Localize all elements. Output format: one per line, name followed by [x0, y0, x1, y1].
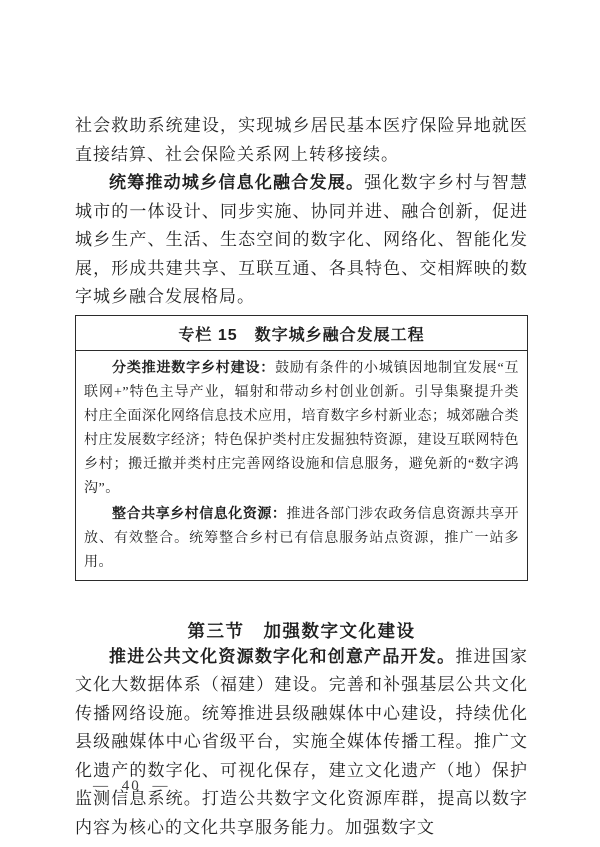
paragraph-lead: 分类推进数字乡村建设： [112, 359, 275, 375]
feature-box-body: 分类推进数字乡村建设：鼓励有条件的小城镇因地制宜发展“互联网+”特色主导产业，辐… [76, 351, 527, 580]
feature-box-column-15: 专栏 15 数字城乡融合发展工程 分类推进数字乡村建设：鼓励有条件的小城镇因地制… [75, 315, 528, 581]
feature-box-title: 专栏 15 数字城乡融合发展工程 [76, 316, 527, 351]
feature-box-paragraph: 整合共享乡村信息化资源：推进各部门涉农政务信息资源共享开放、有效整合。统筹整合乡… [84, 501, 519, 575]
paragraph-text: 社会救助系统建设，实现城乡居民基本医疗保险异地就医直接结算、社会保险关系网上转移… [75, 116, 528, 164]
page-content: 社会救助系统建设，实现城乡居民基本医疗保险异地就医直接结算、社会保险关系网上转移… [75, 112, 528, 842]
paragraph-text: 强化数字乡村与智慧城市的一体设计、同步实施、协同并进、融合创新，促进城乡生产、生… [75, 173, 528, 306]
section-heading: 第三节 加强数字文化建设 [75, 618, 528, 643]
page-number: — 40 — [93, 778, 170, 795]
feature-box-paragraph: 分类推进数字乡村建设：鼓励有条件的小城镇因地制宜发展“互联网+”特色主导产业，辐… [84, 355, 519, 501]
body-paragraph-culture: 推进公共文化资源数字化和创意产品开发。推进国家文化大数据体系（福建）建设。完善和… [75, 643, 528, 843]
paragraph-text: 鼓励有条件的小城镇因地制宜发展“互联网+”特色主导产业，辐射和带动乡村创业创新。… [84, 361, 519, 496]
body-paragraph-urban-rural: 统筹推动城乡信息化融合发展。强化数字乡村与智慧城市的一体设计、同步实施、协同并进… [75, 169, 528, 312]
paragraph-lead: 统筹推动城乡信息化融合发展。 [109, 173, 364, 192]
paragraph-lead: 推进公共文化资源数字化和创意产品开发。 [109, 647, 455, 666]
paragraph-text: 推进国家文化大数据体系（福建）建设。完善和补强基层公共文化传播网络设施。统筹推进… [75, 647, 528, 837]
paragraph-lead: 整合共享乡村信息化资源： [112, 505, 286, 521]
body-paragraph-continuation: 社会救助系统建设，实现城乡居民基本医疗保险异地就医直接结算、社会保险关系网上转移… [75, 112, 528, 169]
document-page: 社会救助系统建设，实现城乡居民基本医疗保险异地就医直接结算、社会保险关系网上转移… [0, 0, 600, 847]
